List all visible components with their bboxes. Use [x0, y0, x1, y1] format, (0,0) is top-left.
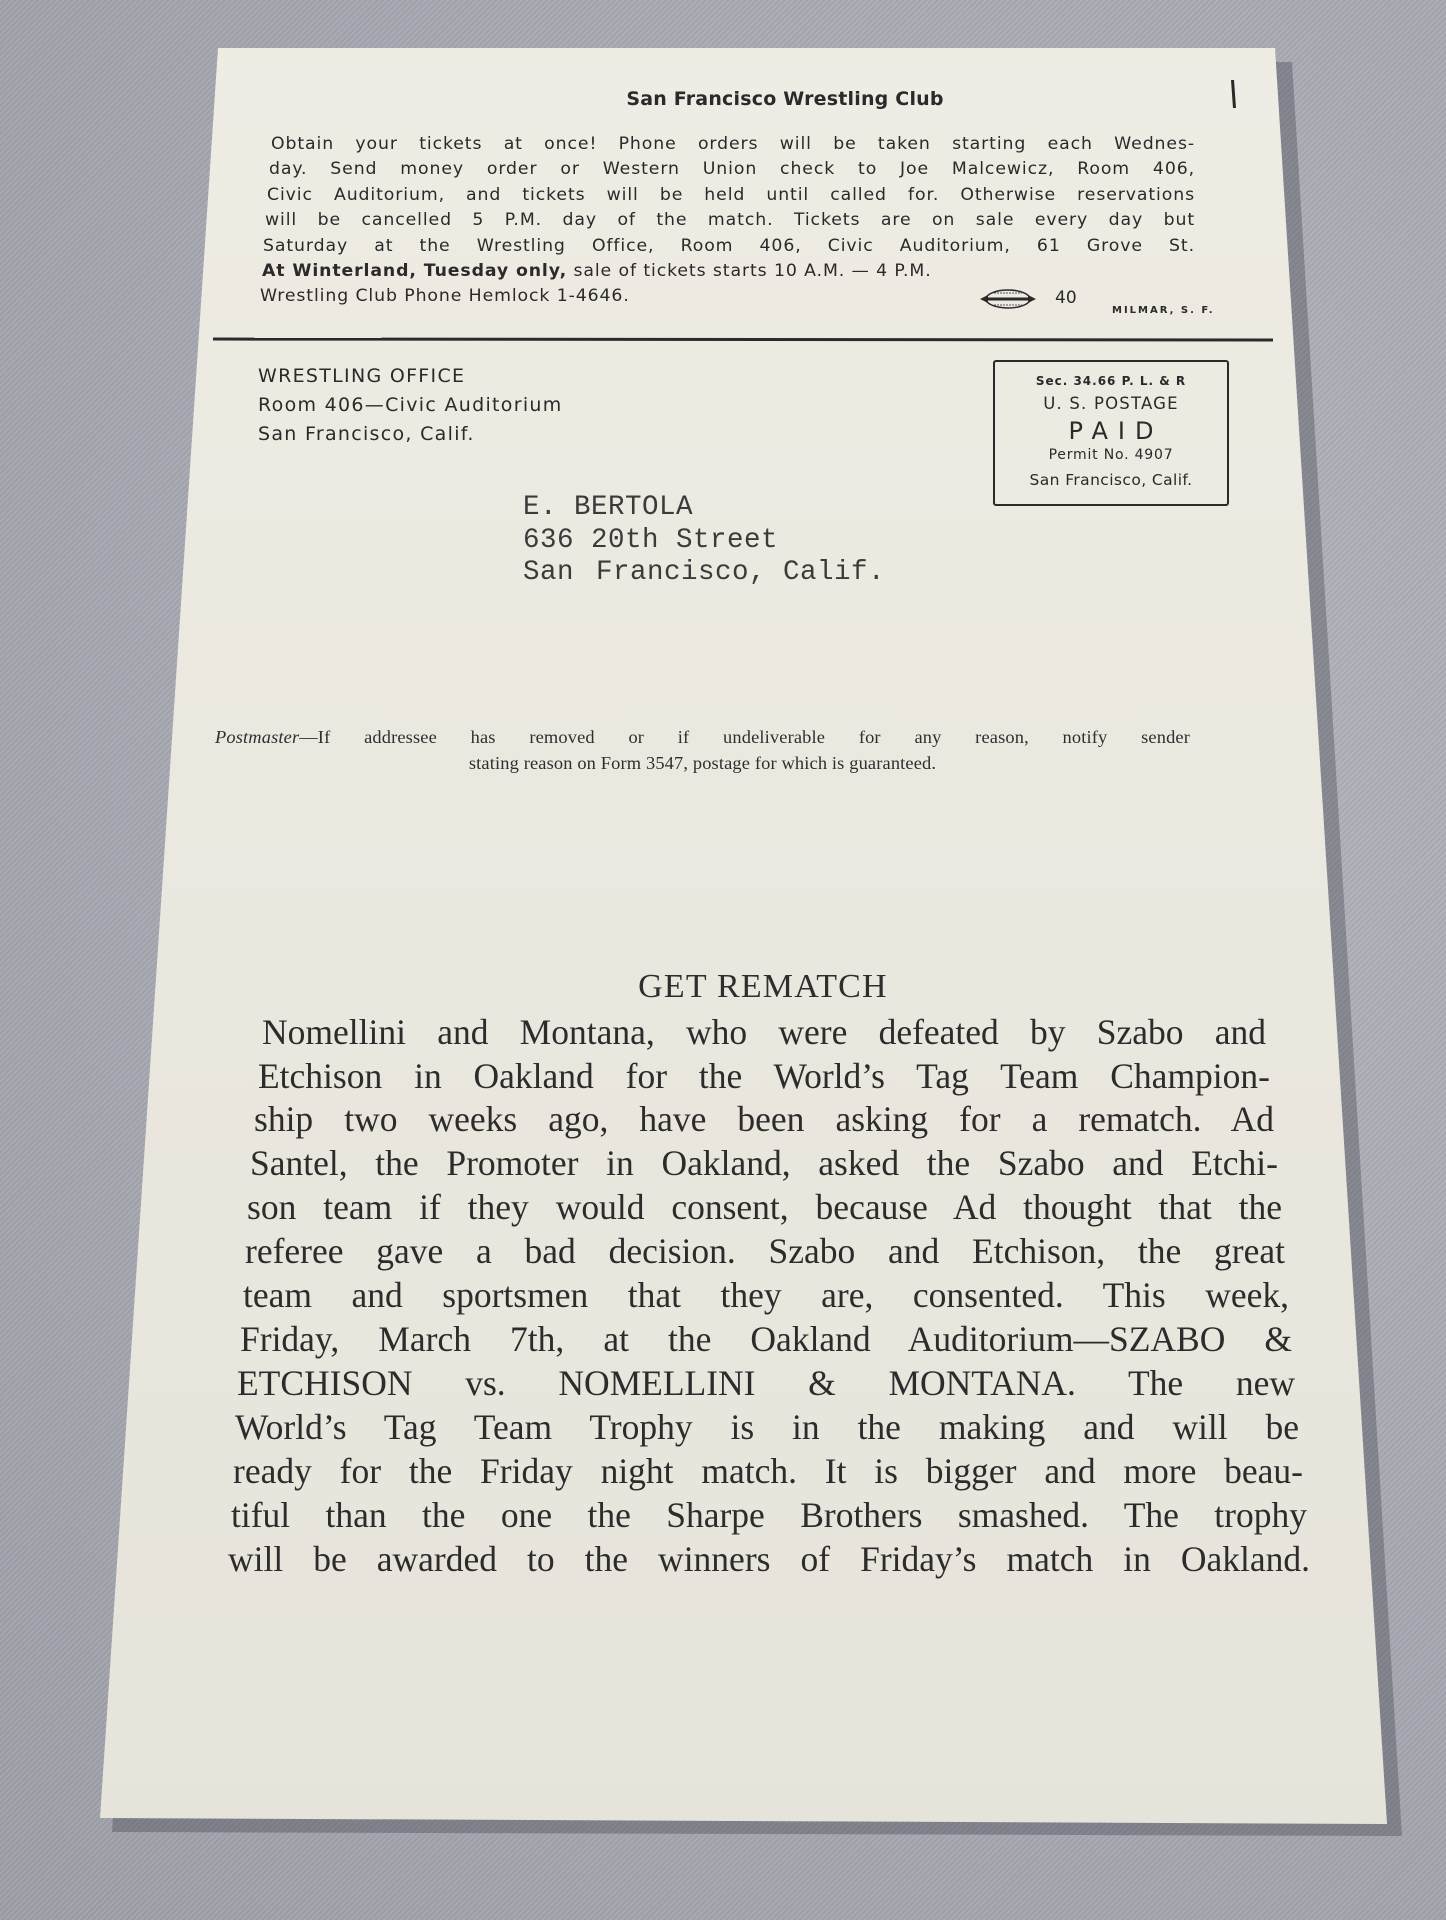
postage-line: U. S. POSTAGE: [995, 394, 1227, 413]
winterland-rest: sale of tickets starts 10 A.M. — 4 P.M.: [567, 261, 932, 281]
addressee-city: SanFrancisco, Calif.: [523, 557, 885, 590]
postmaster-text: —If addressee has removed or if undelive…: [299, 727, 1190, 747]
info-line: day. Send money order or Western Union c…: [269, 157, 1195, 182]
union-number: 40: [1055, 288, 1077, 308]
addressee-city-word: San: [523, 557, 574, 588]
return-address-line: Room 406—Civic Auditorium: [258, 391, 563, 420]
postmaster-line-2: stating reason on Form 3547, postage for…: [215, 750, 1190, 776]
article-line: son team if they would consent, because …: [247, 1186, 1282, 1230]
article-line: ready for the Friday night match. It is …: [233, 1450, 1303, 1494]
union-label-icon: [978, 288, 1038, 310]
return-address-line: WRESTLING OFFICE: [258, 362, 563, 391]
postage-section: Sec. 34.66 P. L. & R: [995, 374, 1227, 388]
article-line: Friday, March 7th, at the Oakland Audito…: [240, 1318, 1292, 1362]
info-line-winterland: At Winterland, Tuesday only, sale of tic…: [262, 259, 1082, 284]
postmaster-line-1: Postmaster—If addressee has removed or i…: [215, 724, 1190, 750]
article-line: tiful than the one the Sharpe Brothers s…: [231, 1494, 1307, 1538]
article-line: ship two weeks ago, have been asking for…: [254, 1098, 1274, 1142]
postage-city: San Francisco, Calif.: [995, 471, 1227, 489]
postage-permit: Permit No. 4907: [995, 447, 1227, 463]
article-title: GET REMATCH: [0, 968, 1446, 1006]
addressee-block: E. BERTOLA 636 20th Street SanFrancisco,…: [523, 492, 885, 590]
article-line: team and sportsmen that they are, consen…: [243, 1274, 1289, 1318]
article-line: Santel, the Promoter in Oakland, asked t…: [250, 1142, 1278, 1186]
postmaster-note: Postmaster—If addressee has removed or i…: [215, 724, 1190, 776]
article-line: referee gave a bad decision. Szabo and E…: [245, 1230, 1285, 1274]
return-address-line: San Francisco, Calif.: [258, 420, 563, 449]
postage-paid: PAID: [995, 417, 1227, 445]
printer-credit: MILMAR, S. F.: [1112, 305, 1215, 316]
article-line: will be awarded to the winners of Friday…: [228, 1538, 1310, 1582]
info-line: will be cancelled 5 P.M. day of the matc…: [265, 208, 1195, 233]
winterland-bold: At Winterland, Tuesday only,: [262, 261, 567, 281]
article-line: World’s Tag Team Trophy is in the making…: [235, 1406, 1299, 1450]
ticket-info-block: Obtain your tickets at once! Phone order…: [265, 132, 1195, 310]
addressee-street: 636 20th Street: [523, 525, 885, 558]
addressee-name: E. BERTOLA: [523, 492, 885, 525]
article-line: ETCHISON vs. NOMELLINI & MONTANA. The ne…: [237, 1362, 1295, 1406]
article-line: Etchison in Oakland for the World’s Tag …: [258, 1055, 1270, 1099]
postmaster-label: Postmaster: [215, 727, 299, 747]
return-address: WRESTLING OFFICE Room 406—Civic Auditori…: [258, 362, 563, 449]
club-title: San Francisco Wrestling Club: [0, 88, 1446, 110]
info-line: Obtain your tickets at once! Phone order…: [271, 132, 1195, 157]
addressee-city-rest: Francisco, Calif.: [596, 557, 885, 588]
postage-indicia: Sec. 34.66 P. L. & R U. S. POSTAGE PAID …: [993, 360, 1229, 506]
article-line: Nomellini and Montana, who were defeated…: [262, 1011, 1266, 1055]
info-line: Civic Auditorium, and tickets will be he…: [267, 183, 1195, 208]
info-line: Saturday at the Wrestling Office, Room 4…: [263, 234, 1195, 259]
